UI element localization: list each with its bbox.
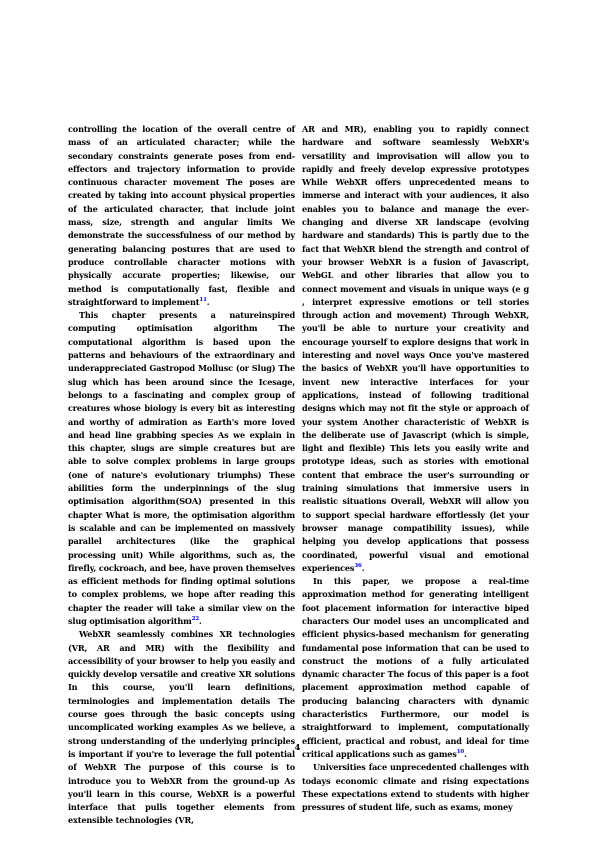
- paragraph-text: Universities face unprecedented challeng…: [302, 762, 529, 812]
- citation-link[interactable]: 36: [354, 563, 361, 569]
- punctuation: .: [362, 563, 365, 573]
- paragraph: This chapter presents a natureinspired c…: [68, 309, 295, 628]
- document-page: controlling the location of the overall …: [0, 0, 595, 842]
- punctuation: .: [199, 616, 202, 626]
- paragraph-text: WebXR seamlessly combines XR technologie…: [68, 629, 295, 825]
- left-column: controlling the location of the overall …: [68, 123, 295, 828]
- page-number: 4: [0, 743, 595, 753]
- paragraph: controlling the location of the overall …: [68, 123, 295, 309]
- citation-link[interactable]: 22: [192, 616, 199, 622]
- punctuation: .: [207, 297, 210, 307]
- citation-link[interactable]: 11: [199, 297, 206, 303]
- paragraph-text: This chapter presents a natureinspired c…: [68, 310, 295, 626]
- right-column: AR and MR), enabling you to rapidly conn…: [302, 123, 529, 814]
- paragraph-text: controlling the location of the overall …: [68, 124, 295, 307]
- paragraph: In this paper, we propose a real-time ap…: [302, 575, 529, 761]
- paragraph-text: AR and MR), enabling you to rapidly conn…: [302, 124, 529, 573]
- paragraph-text: In this paper, we propose a real-time ap…: [302, 576, 529, 759]
- paragraph: AR and MR), enabling you to rapidly conn…: [302, 123, 529, 575]
- paragraph: WebXR seamlessly combines XR technologie…: [68, 628, 295, 827]
- paragraph: Universities face unprecedented challeng…: [302, 761, 529, 814]
